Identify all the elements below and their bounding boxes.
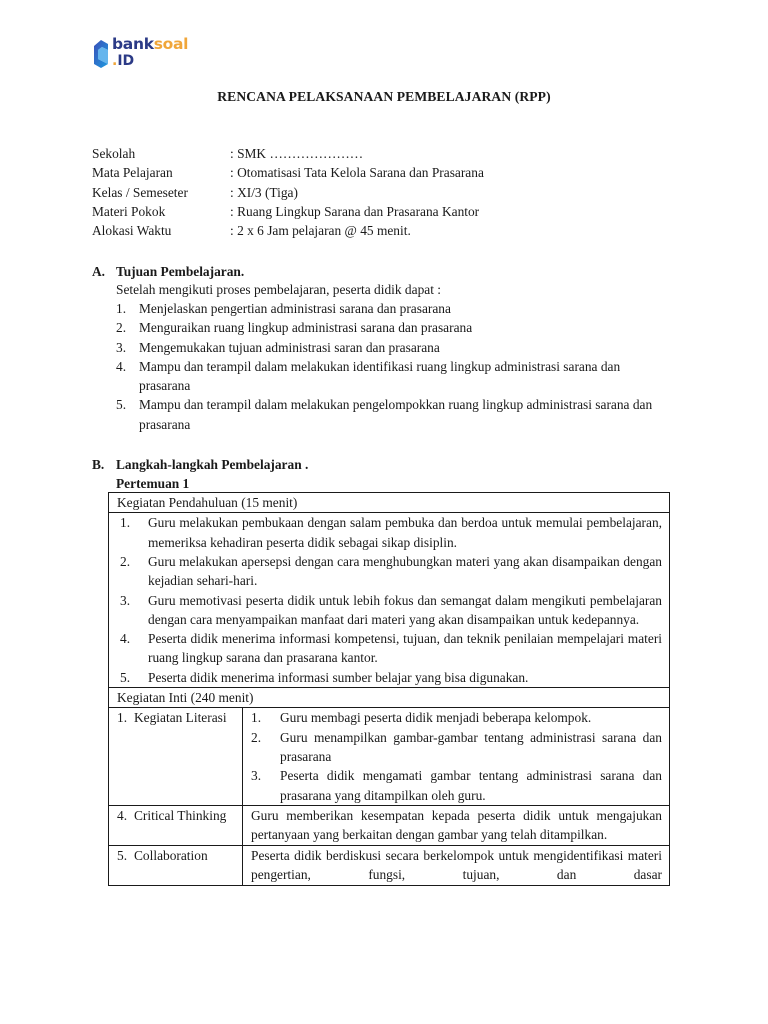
identity-row-sekolah: Sekolah : SMK ………………… <box>92 144 484 163</box>
list-item: 3. Guru memotivasi peserta didik untuk l… <box>117 591 662 630</box>
list-item: 2. Guru menampilkan gambar-gambar tentan… <box>251 728 662 767</box>
identity-label: Kelas / Semeseter <box>92 183 230 202</box>
list-item: 5. Mampu dan terampil dalam melakukan pe… <box>116 395 672 434</box>
table-row: 1. Guru melakukan pembukaan dengan salam… <box>109 513 670 688</box>
identity-row-materi-pokok: Materi Pokok : Ruang Lingkup Sarana dan … <box>92 202 484 221</box>
list-item: 1. Menjelaskan pengertian administrasi s… <box>116 299 672 318</box>
objectives-list: 1. Menjelaskan pengertian administrasi s… <box>116 299 672 434</box>
list-item: 2. Guru melakukan apersepsi dengan cara … <box>117 552 662 591</box>
inti-row-content: 1. Guru membagi peserta didik menjadi be… <box>243 708 670 805</box>
list-item: 5. Peserta didik menerima informasi sumb… <box>117 668 662 687</box>
pendahuluan-header: Kegiatan Pendahuluan (15 menit) <box>109 493 670 513</box>
list-item: 3. Mengemukakan tujuan administrasi sara… <box>116 338 672 357</box>
inti-header: Kegiatan Inti (240 menit) <box>109 688 670 708</box>
table-row: Kegiatan Inti (240 menit) <box>109 688 670 708</box>
section-b-heading: B.Langkah-langkah Pembelajaran . <box>92 455 308 474</box>
banksoal-logo[interactable]: banksoal .ID <box>93 37 188 71</box>
list-item: 2. Menguraikan ruang lingkup administras… <box>116 318 672 337</box>
banksoal-logo-text: banksoal .ID <box>112 37 188 68</box>
table-row: 1. Kegiatan Literasi 1. Guru membagi pes… <box>109 708 670 805</box>
list-item: 1. Guru membagi peserta didik menjadi be… <box>251 708 662 727</box>
list-item: 3. Peserta didik mengamati gambar tentan… <box>251 766 662 805</box>
identity-label: Mata Pelajaran <box>92 163 230 182</box>
identity-block: Sekolah : SMK ………………… Mata Pelajaran : O… <box>92 144 484 240</box>
identity-row-kelas-semester: Kelas / Semeseter : XI/3 (Tiga) <box>92 183 484 202</box>
learning-steps-table: Kegiatan Pendahuluan (15 menit) 1. Guru … <box>108 492 670 886</box>
pendahuluan-items: 1. Guru melakukan pembukaan dengan salam… <box>109 513 670 688</box>
identity-value: : Otomatisasi Tata Kelola Sarana dan Pra… <box>230 163 484 182</box>
list-item: 1. Guru melakukan pembukaan dengan salam… <box>117 513 662 552</box>
identity-value: : 2 x 6 Jam pelajaran @ 45 menit. <box>230 221 411 240</box>
table-row: Kegiatan Pendahuluan (15 menit) <box>109 493 670 513</box>
table-row: 5. Collaboration Peserta didik berdiskus… <box>109 845 670 885</box>
document-title: RENCANA PELAKSANAAN PEMBELAJARAN (RPP) <box>0 89 768 105</box>
table-row: 4. Critical Thinking Guru memberikan kes… <box>109 805 670 845</box>
inti-row-content: Guru memberikan kesempatan kepada pesert… <box>243 805 670 845</box>
inti-row-label: 4. Critical Thinking <box>109 805 243 845</box>
section-a-heading: A.Tujuan Pembelajaran. <box>92 262 244 281</box>
identity-label: Alokasi Waktu <box>92 221 230 240</box>
identity-label: Materi Pokok <box>92 202 230 221</box>
section-a-intro: Setelah mengikuti proses pembelajaran, p… <box>116 280 441 299</box>
inti-row-label: 1. Kegiatan Literasi <box>109 708 243 805</box>
banksoal-logo-icon <box>93 40 109 68</box>
list-item: 4. Mampu dan terampil dalam melakukan id… <box>116 357 672 396</box>
inti-row-label: 5. Collaboration <box>109 845 243 885</box>
list-item: 4. Peserta didik menerima informasi komp… <box>117 629 662 668</box>
identity-value: : Ruang Lingkup Sarana dan Prasarana Kan… <box>230 202 479 221</box>
meeting-heading: Pertemuan 1 <box>116 474 189 493</box>
inti-row-content: Peserta didik berdiskusi secara berkelom… <box>243 845 670 885</box>
identity-label: Sekolah <box>92 144 230 163</box>
identity-value: : XI/3 (Tiga) <box>230 183 298 202</box>
identity-value: : SMK ………………… <box>230 144 363 163</box>
identity-row-mata-pelajaran: Mata Pelajaran : Otomatisasi Tata Kelola… <box>92 163 484 182</box>
identity-row-alokasi-waktu: Alokasi Waktu : 2 x 6 Jam pelajaran @ 45… <box>92 221 484 240</box>
